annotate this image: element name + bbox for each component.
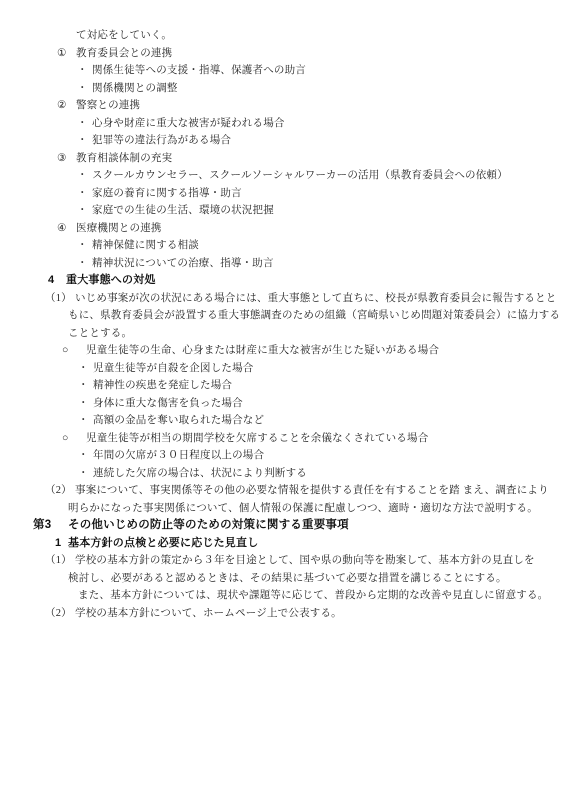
doc-line: 第3その他いじめの防止等のための対策に関する重要事項 xyxy=(0,517,566,535)
line-text: 教育委員会との連携 xyxy=(76,48,172,59)
line-text: 精神状況についての治療、指導・助言 xyxy=(92,258,274,269)
line-text: スクールカウンセラー、スクールソーシャルワーカーの活用（県教育委員会への依頼） xyxy=(92,170,508,181)
line-text: その他いじめの防止等のための対策に関する重要事項 xyxy=(68,519,349,531)
doc-line: 明らかになった事実関係について、個人情報の保護に配慮しつつ、適時・適切な方法で説… xyxy=(0,500,566,518)
line-marker: ③ xyxy=(57,150,76,168)
doc-line: 1基本方針の点検と必要に応じた見直し xyxy=(0,535,566,553)
line-text: 高額の金品を奪い取られた場合など xyxy=(93,415,264,426)
line-marker: ① xyxy=(57,45,76,63)
doc-line: こととする。 xyxy=(0,325,566,343)
line-marker: 1 xyxy=(55,535,68,553)
line-marker: （2） xyxy=(45,482,75,500)
line-marker: 第3 xyxy=(33,517,68,535)
doc-line: ・高額の金品を奪い取られた場合など xyxy=(0,412,566,430)
doc-line: ・連続した欠席の場合は、状況により判断する xyxy=(0,465,566,483)
line-marker: ・ xyxy=(77,167,92,185)
doc-line: ○児童生徒等の生命、心身または財産に重大な被害が生じた疑いがある場合 xyxy=(0,342,566,360)
doc-line: 4重大事態への対処 xyxy=(0,272,566,290)
line-text: 関係機関との調整 xyxy=(92,83,178,94)
doc-line: ・児童生徒等が自殺を企図した場合 xyxy=(0,360,566,378)
line-text: また、基本方針については、現状や課題等に応じて、普段から定期的な改善や見直しに留… xyxy=(78,590,548,601)
line-marker: ・ xyxy=(77,132,92,150)
line-text: 警察との連携 xyxy=(76,100,140,111)
line-text: 精神性の疾患を発症した場合 xyxy=(93,380,232,391)
line-marker: ④ xyxy=(57,220,76,238)
doc-line: ・精神性の疾患を発症した場合 xyxy=(0,377,566,395)
line-text: 児童生徒等が相当の期間学校を欠席することを余儀なくされている場合 xyxy=(86,433,428,444)
line-text: 検討し、必要があると認めるときは、その結果に基づいて必要な措置を講じることにする… xyxy=(68,573,507,584)
doc-line: （2）事案について、事実関係等その他の必要な情報を提供する責任を有することを踏 … xyxy=(0,482,566,500)
line-marker: ・ xyxy=(78,465,93,483)
doc-line: ・精神保健に関する相談 xyxy=(0,237,566,255)
document-page: て対応をしていく。 ①教育委員会との連携 ・関係生徒等への支援・指導、保護者への… xyxy=(0,0,566,800)
line-marker: 4 xyxy=(48,272,66,290)
line-text: 家庭での生徒の生活、環境の状況把握 xyxy=(92,205,274,216)
line-text: 心身や財産に重大な被害が疑われる場合 xyxy=(92,118,285,129)
line-marker: ・ xyxy=(77,62,92,80)
line-marker: ○ xyxy=(62,342,86,360)
line-marker: ○ xyxy=(62,430,86,448)
line-text: 身体に重大な傷害を負った場合 xyxy=(93,398,243,409)
line-marker: ・ xyxy=(78,377,93,395)
line-marker: ② xyxy=(57,97,76,115)
doc-line: ・家庭での生徒の生活、環境の状況把握 xyxy=(0,202,566,220)
line-marker: ・ xyxy=(77,185,92,203)
line-marker: （1） xyxy=(45,290,75,308)
line-text: 関係生徒等への支援・指導、保護者への助言 xyxy=(92,65,306,76)
line-text: 基本方針の点検と必要に応じた見直し xyxy=(68,537,258,549)
doc-line: ・スクールカウンセラー、スクールソーシャルワーカーの活用（県教育委員会への依頼） xyxy=(0,167,566,185)
doc-line: て対応をしていく。 xyxy=(0,27,566,45)
line-text: 児童生徒等が自殺を企図した場合 xyxy=(93,363,254,374)
doc-line: ・精神状況についての治療、指導・助言 xyxy=(0,255,566,273)
line-marker: ・ xyxy=(77,237,92,255)
doc-line: ・身体に重大な傷害を負った場合 xyxy=(0,395,566,413)
line-marker: ・ xyxy=(78,360,93,378)
doc-line: ・心身や財産に重大な被害が疑われる場合 xyxy=(0,115,566,133)
line-text: 家庭の養育に関する指導・助言 xyxy=(92,188,242,199)
doc-line: ②警察との連携 xyxy=(0,97,566,115)
line-marker: ・ xyxy=(78,412,93,430)
line-text: こととする。 xyxy=(68,328,132,339)
line-text: 精神保健に関する相談 xyxy=(92,240,199,251)
doc-line: （2）学校の基本方針について、ホームページ上で公表する。 xyxy=(0,605,566,623)
line-marker: ・ xyxy=(78,395,93,413)
line-text: 重大事態への対処 xyxy=(66,274,156,286)
document-body: て対応をしていく。 ①教育委員会との連携 ・関係生徒等への支援・指導、保護者への… xyxy=(0,27,566,622)
doc-line: （1）学校の基本方針の策定から３年を目途として、国や県の動向等を勘案して、基本方… xyxy=(0,552,566,570)
line-marker: ・ xyxy=(77,202,92,220)
line-text: 事案について、事実関係等その他の必要な情報を提供する責任を有することを踏 まえ、… xyxy=(75,485,549,496)
doc-line: 検討し、必要があると認めるときは、その結果に基づいて必要な措置を講じることにする… xyxy=(0,570,566,588)
line-text: 明らかになった事実関係について、個人情報の保護に配慮しつつ、適時・適切な方法で説… xyxy=(68,503,538,514)
line-marker: ・ xyxy=(77,255,92,273)
doc-line: ○児童生徒等が相当の期間学校を欠席することを余儀なくされている場合 xyxy=(0,430,566,448)
line-text: て対応をしていく。 xyxy=(76,30,172,41)
doc-line: ・年間の欠席が３０日程度以上の場合 xyxy=(0,447,566,465)
line-marker: ・ xyxy=(77,80,92,98)
doc-line: ・家庭の養育に関する指導・助言 xyxy=(0,185,566,203)
doc-line: ・犯罪等の違法行為がある場合 xyxy=(0,132,566,150)
doc-line: ①教育委員会との連携 xyxy=(0,45,566,63)
doc-line: ③教育相談体制の充実 xyxy=(0,150,566,168)
line-text: いじめ事案が次の状況にある場合には、重大事態として直ちに、校長が県教育委員会に報… xyxy=(75,293,557,304)
line-text: もに、県教育委員会が設置する重大事態調査のための組織（宮崎県いじめ問題対策委員会… xyxy=(68,310,560,321)
line-text: 学校の基本方針について、ホームページ上で公表する。 xyxy=(75,608,342,619)
line-text: 連続した欠席の場合は、状況により判断する xyxy=(93,468,307,479)
line-marker: ・ xyxy=(78,447,93,465)
line-text: 児童生徒等の生命、心身または財産に重大な被害が生じた疑いがある場合 xyxy=(86,345,439,356)
doc-line: ④医療機関との連携 xyxy=(0,220,566,238)
line-marker: ・ xyxy=(77,115,92,133)
line-marker: （1） xyxy=(45,552,75,570)
line-text: 学校の基本方針の策定から３年を目途として、国や県の動向等を勘案して、基本方針の見… xyxy=(75,555,535,566)
line-marker: （2） xyxy=(45,605,75,623)
line-text: 教育相談体制の充実 xyxy=(76,153,172,164)
doc-line: また、基本方針については、現状や課題等に応じて、普段から定期的な改善や見直しに留… xyxy=(0,587,566,605)
line-text: 医療機関との連携 xyxy=(76,223,162,234)
line-text: 年間の欠席が３０日程度以上の場合 xyxy=(93,450,264,461)
doc-line: ・関係機関との調整 xyxy=(0,80,566,98)
doc-line: もに、県教育委員会が設置する重大事態調査のための組織（宮崎県いじめ問題対策委員会… xyxy=(0,307,566,325)
line-text: 犯罪等の違法行為がある場合 xyxy=(92,135,231,146)
doc-line: ・関係生徒等への支援・指導、保護者への助言 xyxy=(0,62,566,80)
doc-line: （1）いじめ事案が次の状況にある場合には、重大事態として直ちに、校長が県教育委員… xyxy=(0,290,566,308)
